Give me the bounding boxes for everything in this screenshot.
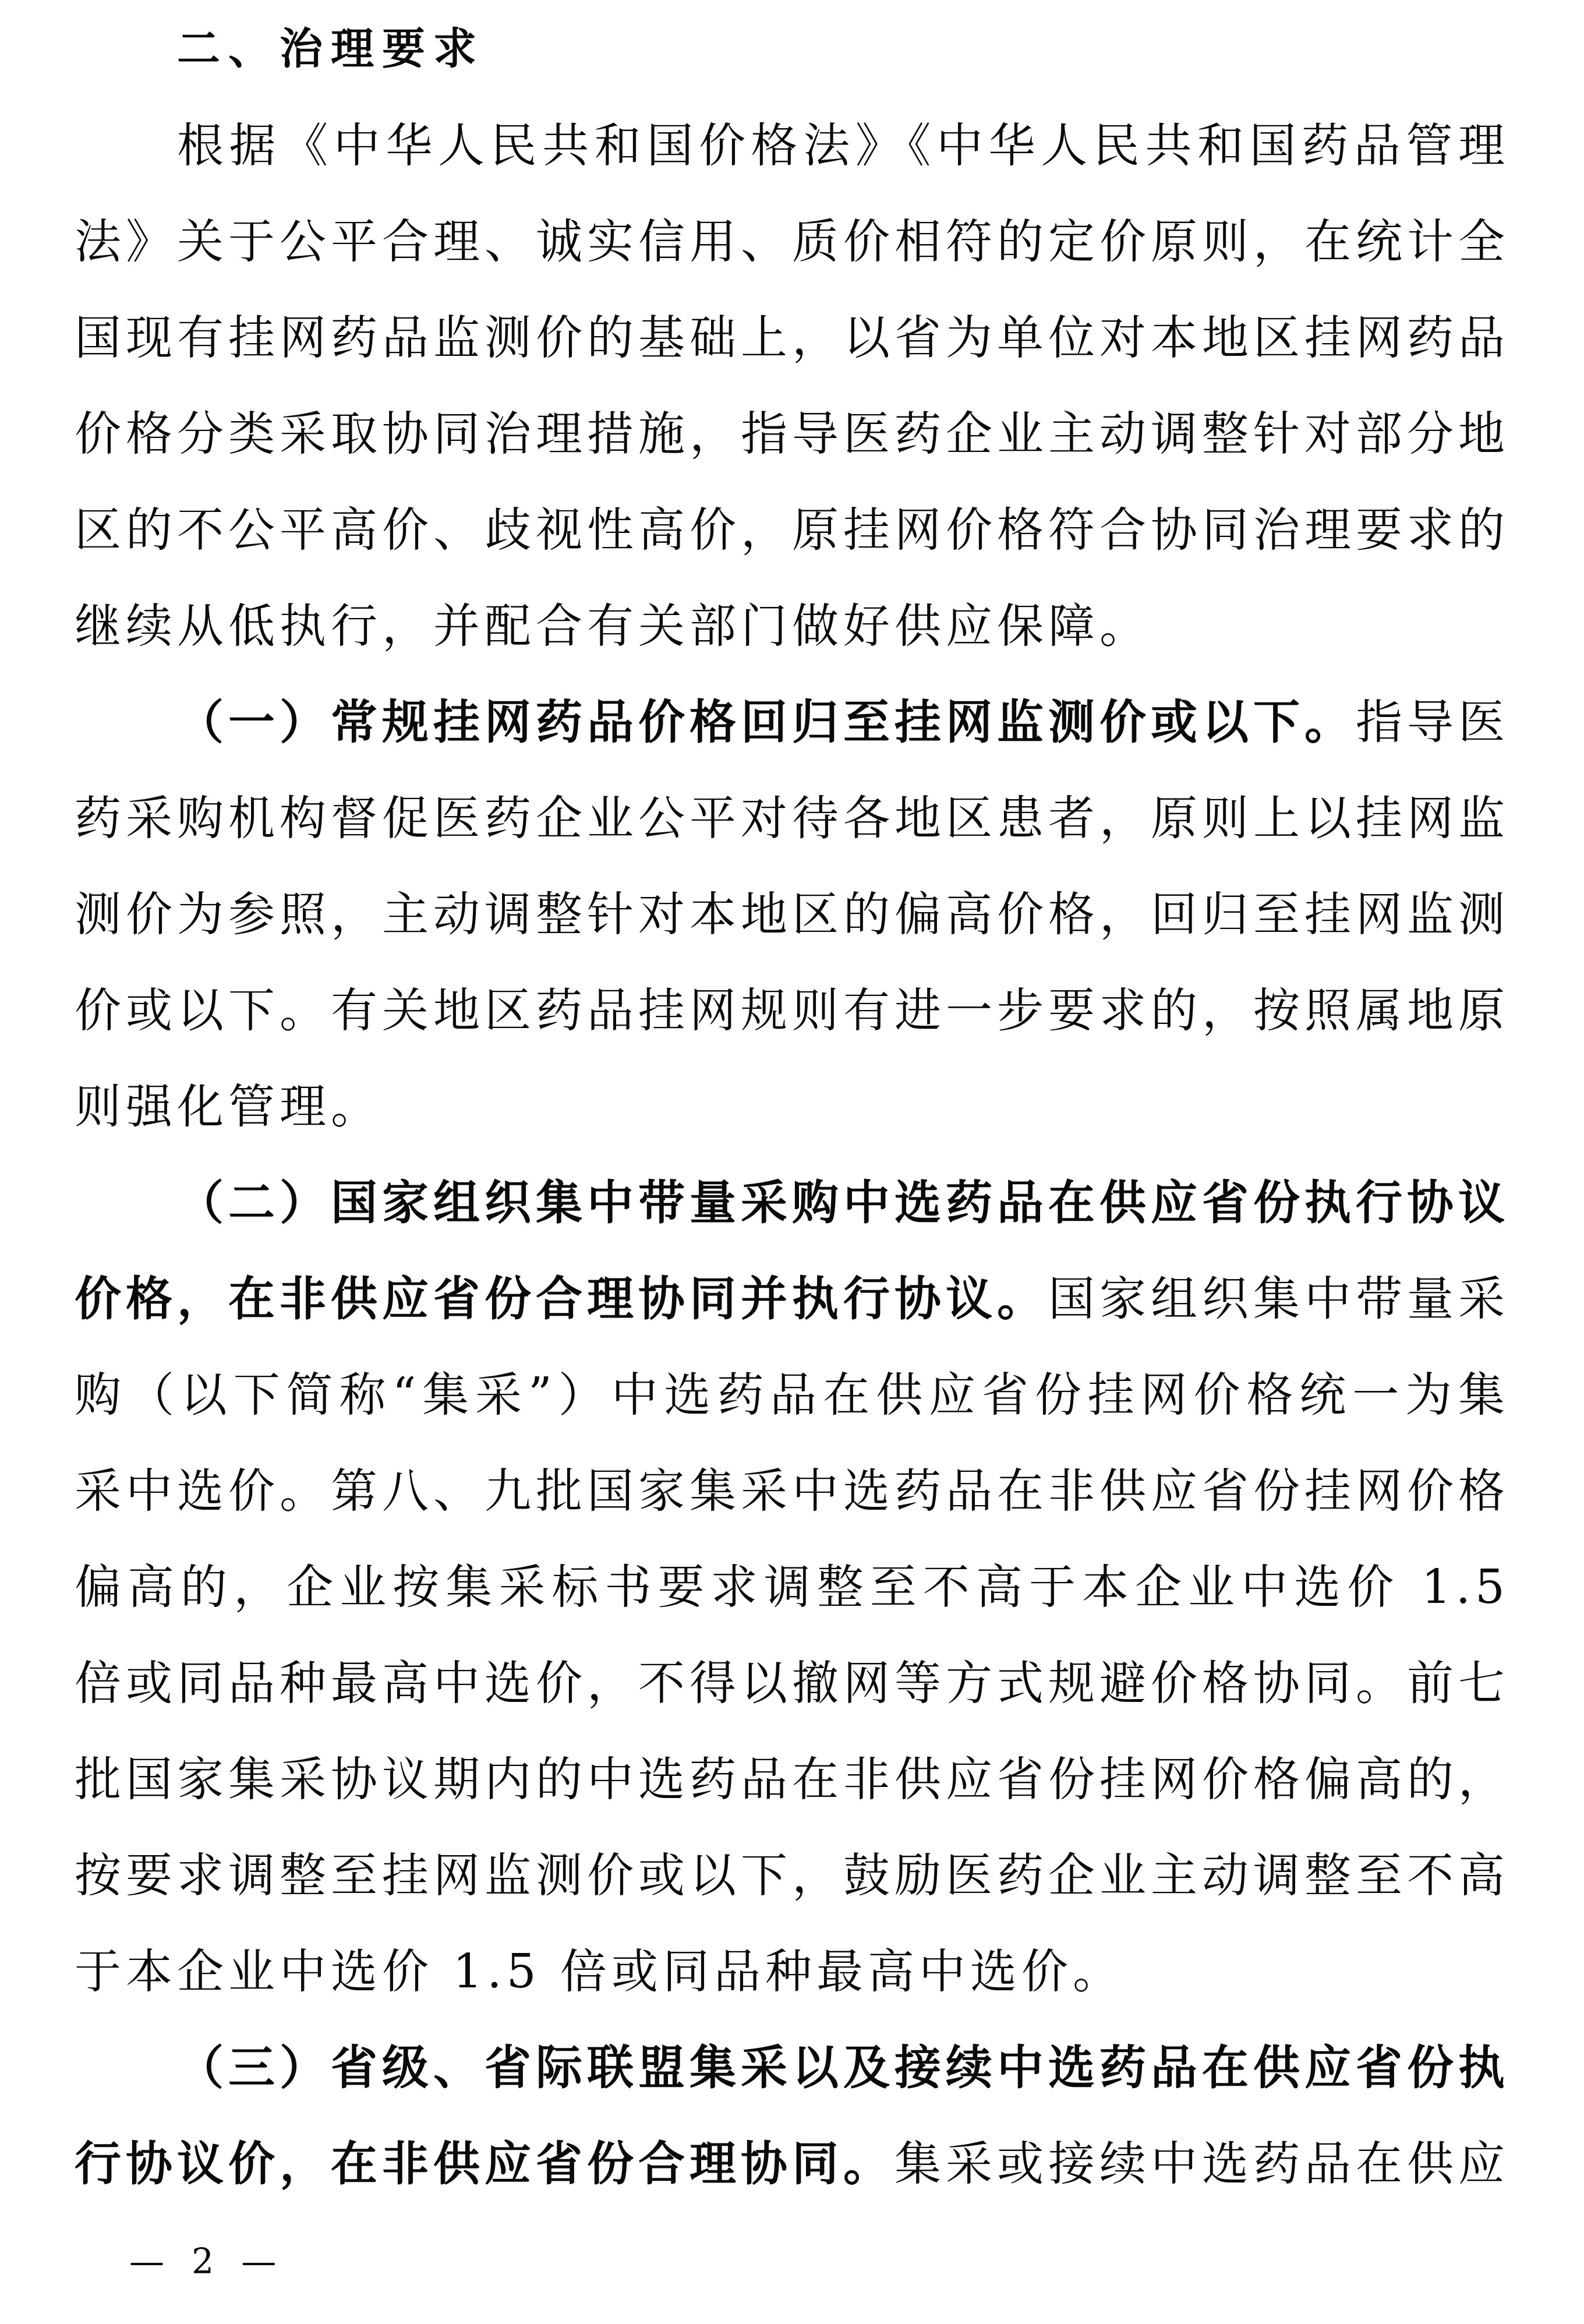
paragraph-4: （三）省级、省际联盟集采以及接续中选药品在供应省份执行协议价，在非供应省份合理协… <box>75 2019 1509 2212</box>
paragraph-4-text: 集采或接续中选药品在供应 <box>894 2136 1509 2191</box>
paragraph-2: （一）常规挂网药品价格回归至挂网监测价或以下。指导医药采购机构督促医药企业公平对… <box>75 674 1509 1154</box>
paragraph-1-text: 根据《中华人民共和国价格法》《中华人民共和国药品管理法》关于公平合理、诚实信用、… <box>75 118 1509 653</box>
paragraph-3: （二）国家组织集中带量采购中选药品在供应省份执行协议价格，在非供应省份合理协同并… <box>75 1154 1509 2019</box>
page-number: — 2 — <box>129 2241 284 2282</box>
paragraph-1: 根据《中华人民共和国价格法》《中华人民共和国药品管理法》关于公平合理、诚实信用、… <box>75 97 1509 674</box>
paragraph-2-lead: （一）常规挂网药品价格回归至挂网监测价或以下。 <box>177 694 1356 749</box>
paragraph-3-text: 国家组织集中带量采购（以下简称“集采”）中选药品在供应省份挂网价格统一为集采中选… <box>75 1272 1509 1998</box>
document-body: 二、治理要求 根据《中华人民共和国价格法》《中华人民共和国药品管理法》关于公平合… <box>75 1 1509 2212</box>
document-page: 二、治理要求 根据《中华人民共和国价格法》《中华人民共和国药品管理法》关于公平合… <box>0 0 1584 2324</box>
paragraph-2-text: 指导医药采购机构督促医药企业公平对待各地区患者，原则上以挂网监测价为参照，主动调… <box>75 695 1509 1133</box>
section-heading: 二、治理要求 <box>75 1 1509 97</box>
